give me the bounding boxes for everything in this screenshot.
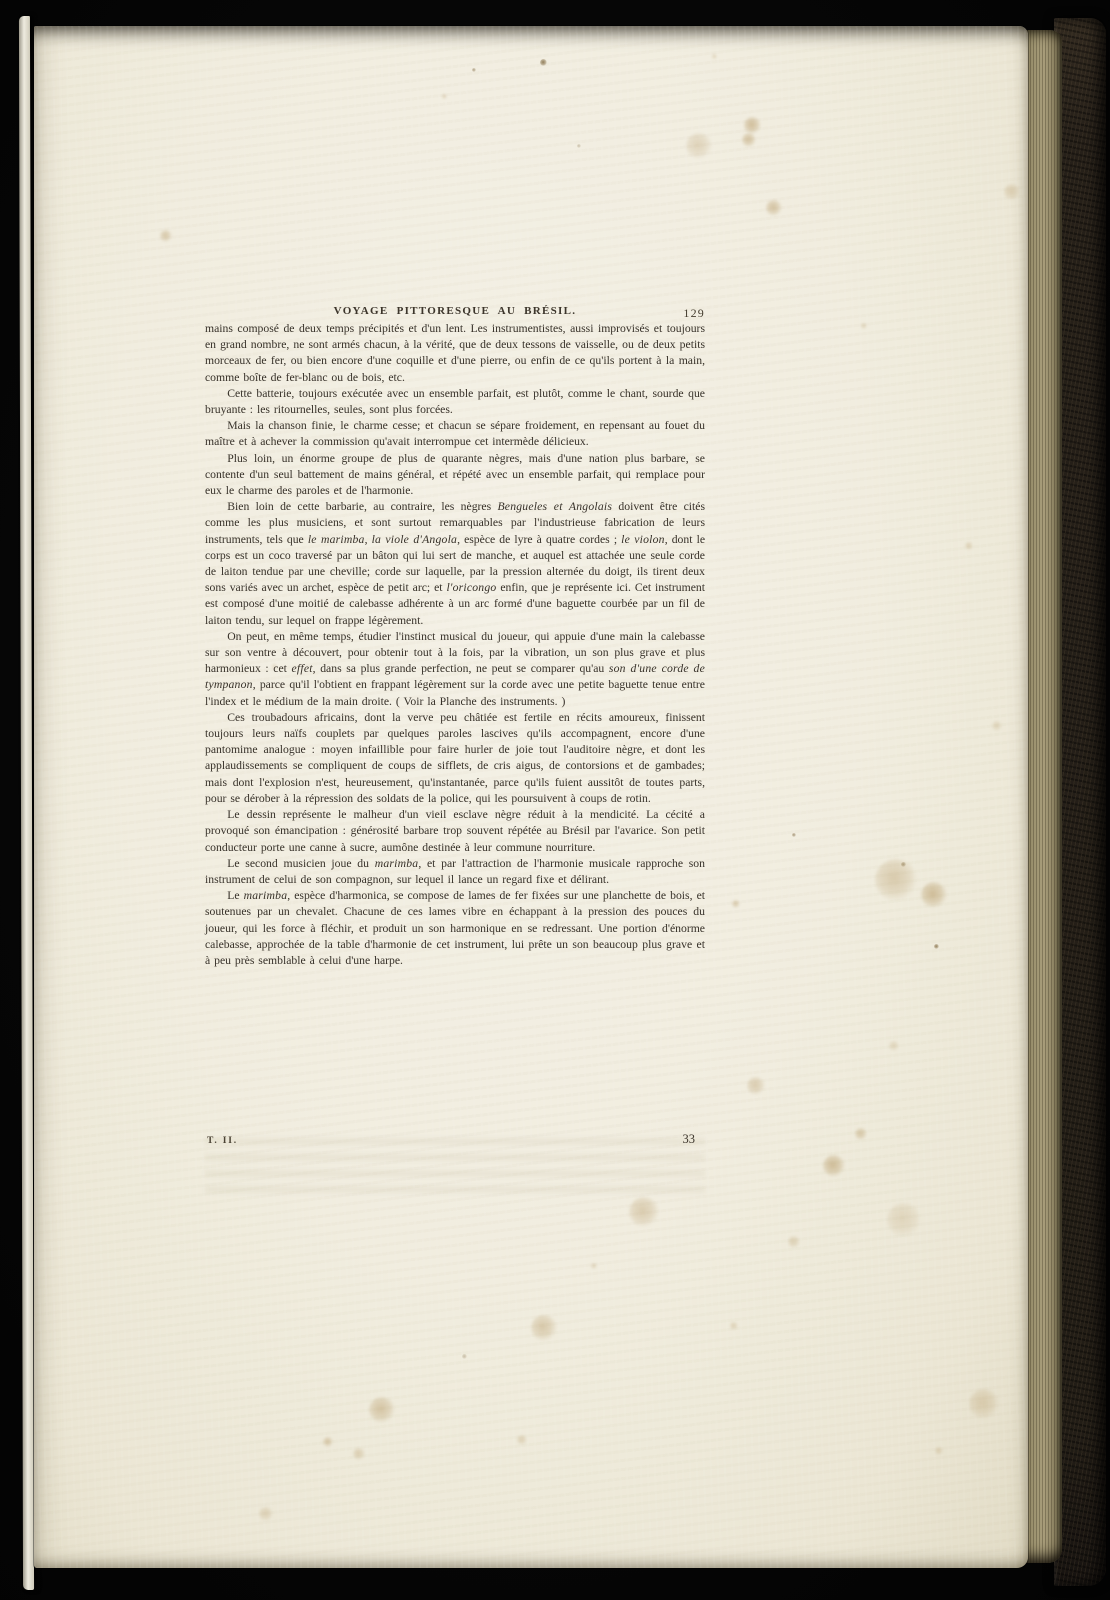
foxing-stain (730, 1322, 738, 1330)
paragraph: Le second musicien joue du marimba, et p… (205, 856, 705, 888)
paragraph: Bien loin de cette barbarie, au contrair… (205, 499, 705, 629)
foxing-stain (935, 1447, 943, 1455)
italic-phrase: marimba (375, 857, 419, 870)
italic-phrase: effet (292, 662, 313, 675)
italic-phrase: marimba (244, 889, 288, 902)
text-run: , parce qu'il l'obtient en frappant légè… (205, 678, 705, 707)
text-run: , espèce de lyre à quatre cordes ; (457, 533, 621, 546)
volume-signature: T. II. (207, 1136, 238, 1146)
page-title: VOYAGE PITTORESQUE AU BRÉSIL. (205, 305, 705, 317)
book-photo: VOYAGE PITTORESQUE AU BRÉSIL. 129 mains … (0, 0, 1110, 1600)
foxing-stain (540, 59, 547, 66)
foxing-stain (353, 1448, 365, 1460)
foxing-stain (823, 1155, 845, 1177)
foxing-stain (531, 1315, 557, 1341)
foxing-stain (160, 230, 172, 242)
foxing-stain (861, 323, 867, 329)
foxing-stain (369, 1397, 395, 1423)
foxing-stain (323, 1437, 333, 1447)
text-run: , dans sa plus grande perfection, ne peu… (313, 662, 609, 675)
foxing-stain (788, 1236, 800, 1248)
italic-phrase: Bengueles et Angolais (497, 500, 612, 513)
foxing-stain (462, 1354, 467, 1359)
foxing-stain (969, 1389, 999, 1419)
foxing-stain (712, 54, 717, 59)
paragraph: mains composé de deux temps précipités e… (205, 321, 705, 386)
foxing-stain (742, 133, 756, 147)
foxing-stain (855, 1128, 867, 1140)
foxing-stain (887, 1203, 921, 1237)
foxing-stain (792, 833, 796, 837)
foxing-stain (992, 721, 1002, 731)
text-run: Le second musicien joue du (227, 857, 374, 870)
foxing-stain (744, 117, 761, 134)
page-footer: T. II. 33 (205, 1132, 705, 1148)
foxing-stain (629, 1197, 659, 1227)
foxing-stain (747, 1077, 765, 1095)
text-run: Plus loin, un énorme groupe de plus de q… (205, 452, 705, 497)
paragraph: Mais la chanson finie, le charme cesse; … (205, 418, 705, 450)
foxing-stain (732, 900, 740, 908)
foxing-stain (965, 542, 973, 550)
foxing-stain (472, 68, 476, 72)
foxing-stain (921, 882, 947, 908)
italic-phrase: le violon (621, 533, 665, 546)
foxing-stain (901, 862, 906, 867)
paragraph: Le dessin représente le malheur d'un vie… (205, 807, 705, 856)
italic-phrase: la viole d'Angola (372, 533, 457, 546)
foxing-stain (934, 944, 939, 949)
text-run: mains composé de deux temps précipités e… (205, 322, 705, 384)
foxing-stain (1004, 184, 1020, 200)
text-run: Bien loin de cette barbarie, au contrair… (227, 500, 497, 513)
foxing-stain (591, 1263, 597, 1269)
page-fore-edge-sliver (19, 16, 34, 1590)
text-run: Mais la chanson finie, le charme cesse; … (205, 419, 705, 448)
screenshot-root: { "page": { "header": { "title": "VOYAGE… (0, 0, 1110, 1600)
foxing-stain (442, 94, 447, 99)
text-run: Le dessin représente le malheur d'un vie… (205, 808, 705, 853)
foxing-stain (577, 144, 581, 148)
foxing-stain (889, 1041, 899, 1051)
paragraph: On peut, en même temps, étudier l'instin… (205, 629, 705, 710)
paragraph: Le marimba, espèce d'harmonica, se compo… (205, 888, 705, 969)
foxing-stain (686, 133, 712, 159)
book-page: VOYAGE PITTORESQUE AU BRÉSIL. 129 mains … (34, 26, 1028, 1568)
paragraph: Cette batterie, toujours exécutée avec u… (205, 386, 705, 418)
text-run: Le (227, 889, 243, 902)
text-run: Cette batterie, toujours exécutée avec u… (205, 387, 705, 416)
paragraph: Ces troubadours africains, dont la verve… (205, 710, 705, 807)
foxing-stain (766, 200, 782, 216)
italic-phrase: le marimba (308, 533, 365, 546)
body-text: mains composé de deux temps précipités e… (205, 321, 705, 969)
text-run: Ces troubadours africains, dont la verve… (205, 711, 705, 805)
page-number: 129 (683, 306, 705, 321)
italic-phrase: l'oricongo (446, 581, 496, 594)
text-run: , (365, 533, 372, 546)
paragraph: Plus loin, un énorme groupe de plus de q… (205, 451, 705, 500)
foxing-stain (875, 859, 917, 901)
sheet-signature: 33 (683, 1132, 696, 1147)
foxing-stain (259, 1507, 273, 1521)
foxing-stain (517, 1435, 527, 1445)
